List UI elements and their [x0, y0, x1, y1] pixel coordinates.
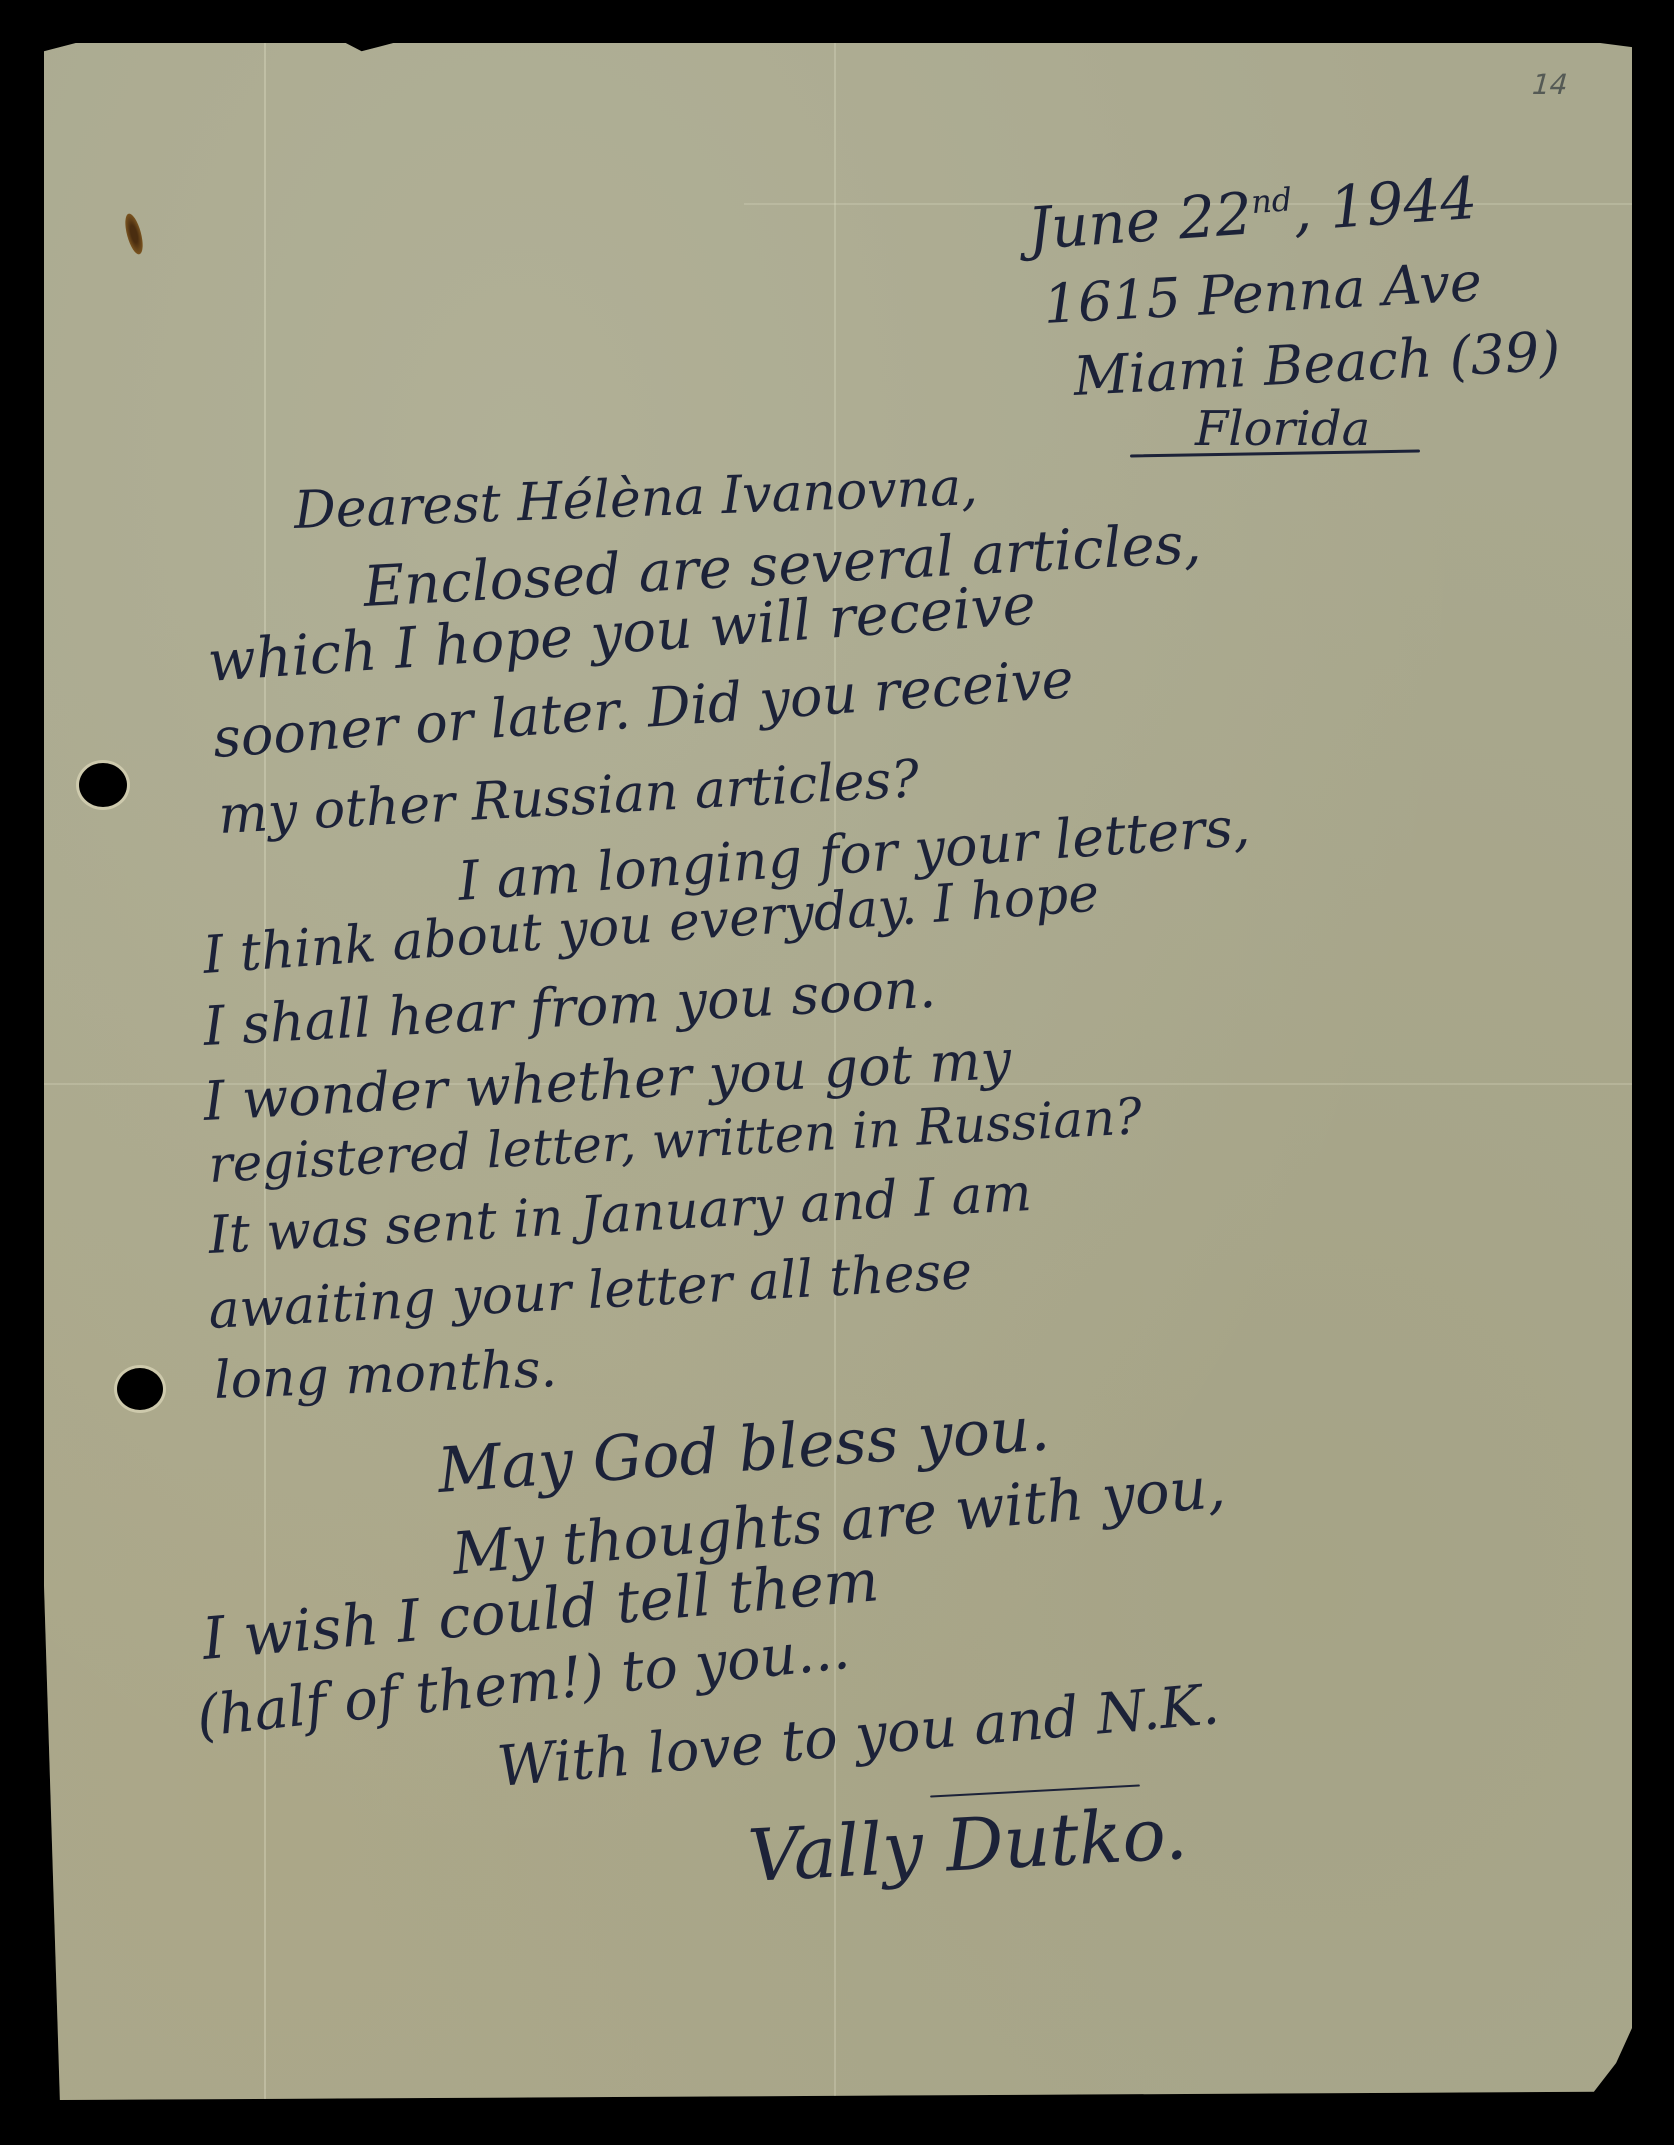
body-line: long months.	[213, 1343, 558, 1407]
date-year: , 1944	[1290, 164, 1479, 245]
date-ordinal: nd	[1250, 180, 1294, 221]
punch-hole	[79, 763, 127, 807]
signature: Vally Dutko.	[746, 1797, 1189, 1892]
punch-hole	[117, 1368, 163, 1410]
rust-stain	[122, 212, 146, 256]
address-line-3: Florida	[1195, 405, 1370, 453]
